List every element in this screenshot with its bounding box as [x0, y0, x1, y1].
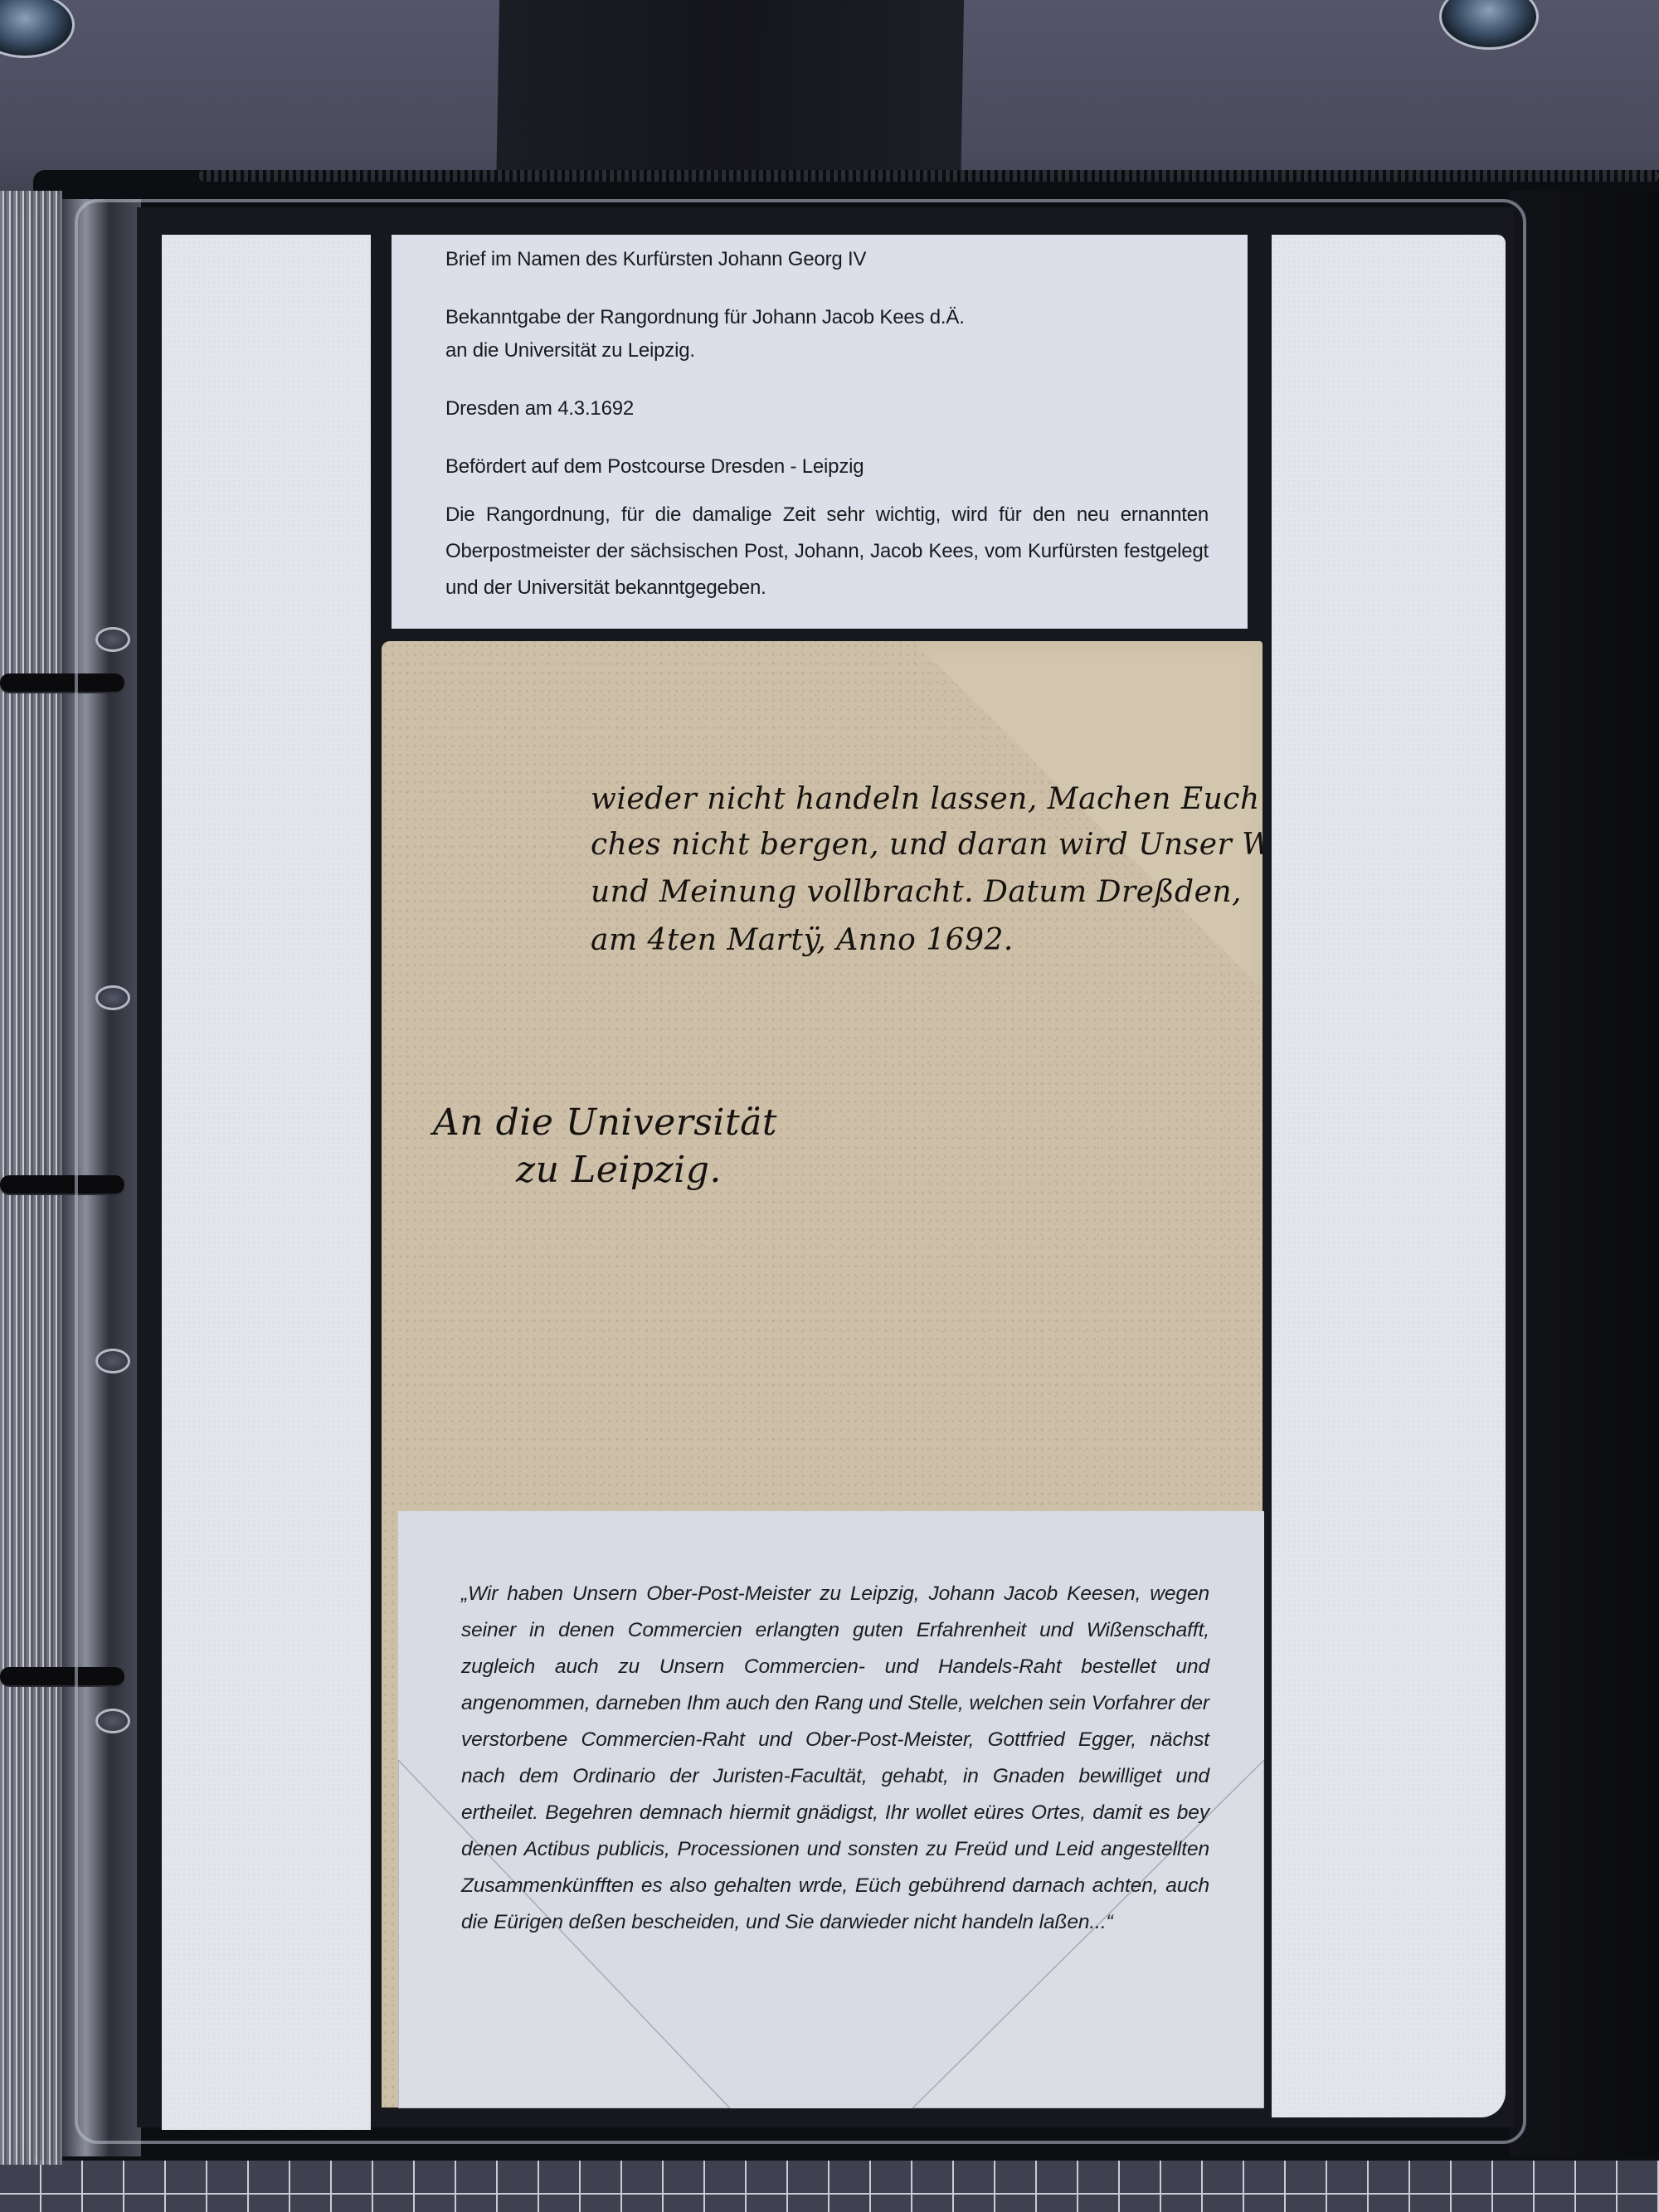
handwritten-line: wieder nicht handeln lassen, Machen Euch… — [591, 782, 1262, 816]
handwritten-address-line-1: An die Universität — [433, 1101, 777, 1144]
card-route: Befördert auf dem Postcourse Dresden - L… — [445, 450, 1248, 484]
handwritten-line: ches nicht bergen, und daran wird Unser … — [591, 828, 1262, 862]
card-subject-line-2: an die Universität zu Leipzig. — [445, 334, 1248, 367]
card-title: Brief im Namen des Kurfürsten Johann Geo… — [445, 243, 1248, 276]
handwritten-address-line-2: zu Leipzig. — [516, 1149, 722, 1191]
right-margin-panel — [1272, 235, 1506, 2117]
transcription-card: „Wir haben Unsern Ober-Post-Meister zu L… — [398, 1511, 1264, 2108]
card-date-place: Dresden am 4.3.1692 — [445, 392, 1248, 425]
description-card: Brief im Namen des Kurfürsten Johann Geo… — [392, 235, 1248, 629]
card-subject-line-1: Bekanntgabe der Rangordnung für Johann J… — [445, 301, 1248, 334]
transcription-text: „Wir haben Unsern Ober-Post-Meister zu L… — [461, 1576, 1209, 1941]
handwritten-line: am 4ten Martÿ, Anno 1692. — [591, 923, 1014, 957]
left-margin-panel — [162, 235, 371, 2130]
binder-cover — [1510, 191, 1659, 2156]
card-description: Die Rangordnung, für die damalige Zeit s… — [445, 497, 1209, 606]
dark-table-strip — [496, 0, 964, 199]
handwritten-line: und Meinung vollbracht. Datum Dreßden, — [591, 875, 1242, 909]
binder-zipper — [199, 170, 1659, 182]
